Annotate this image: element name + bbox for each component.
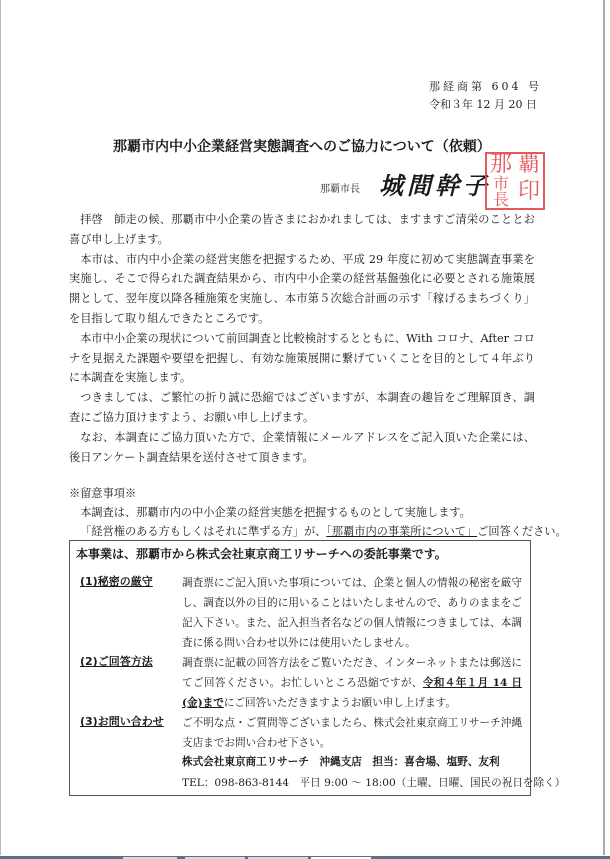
info-text: ご不明な点・ご質問等ございましたら、株式会社東京商工リサーチ沖縄支店までお問い合… bbox=[182, 713, 522, 753]
note-line-1: 本調査は、那覇市内の中小企業の経営実態を把握するものとして実施します。 bbox=[69, 503, 539, 522]
paragraph-greeting: 拝啓 師走の候、那覇市中小企業の皆さまにおかれましては、ますますご清栄のこととお… bbox=[69, 210, 535, 250]
note-line-2-prefix: 「経営権のある方もしくはそれに準ずる方」が、 bbox=[80, 525, 326, 538]
seal-char: 覇 bbox=[515, 154, 543, 176]
note-line-2: 「経営権のある方もしくはそれに準ずる方」が、「那覇市内の事業所について」ご回答く… bbox=[69, 522, 539, 541]
info-text: 調査票に記載の回答方法をご覧いただき、インターネットまたは郵送にてご回答ください… bbox=[182, 653, 522, 713]
sender-signature: 城間幹子 bbox=[379, 166, 491, 201]
paragraph-purpose: 本市中小企業の現状について前回調査と比較検討するとともに、With コロナ、Af… bbox=[69, 329, 535, 388]
paragraph-background: 本市は、市内中小企業の経営実態を把握するため、平成 29 年度に初めて実態調査事… bbox=[69, 250, 535, 329]
seal-char: 印 bbox=[515, 176, 543, 208]
seal-char: 那 bbox=[487, 154, 515, 176]
contact-phone: TEL：098-863-8144 平日 9:00 ～ 18:00（土曜、日曜、国… bbox=[182, 775, 565, 790]
paragraph-results: なお、本調査にご協力頂いた方で、企業情報にメールアドレスをご記入頂いた企業には、… bbox=[69, 428, 535, 468]
info-box-heading: 本事業は、那覇市から株式会社東京商工リサーチへの委託事業です。 bbox=[76, 545, 447, 562]
info-text: 調査票にご記入頂いた事項については、企業と個人の情報の秘密を厳守し、調査以外の目… bbox=[182, 573, 522, 653]
paragraph-request: つきましては、ご繁忙の折り誠に恐縮ではございますが、本調査の趣旨をご理解頂き、調… bbox=[69, 388, 535, 428]
info-item-inquiries: (3)お問い合わせ ご不明な点・ご質問等ございましたら、株式会社東京商工リサーチ… bbox=[80, 713, 526, 757]
info-item-confidentiality: (1)秘密の厳守 調査票にご記入頂いた事項については、企業と個人の情報の秘密を厳… bbox=[80, 573, 526, 663]
commission-info-box: 本事業は、那覇市から株式会社東京商工リサーチへの委託事業です。 (1)秘密の厳守… bbox=[69, 540, 531, 796]
info-text-after: にご回答いただきますようお願い申し上げます。 bbox=[224, 697, 456, 709]
notes-section: 本調査は、那覇市内の中小企業の経営実態を把握するものとして実施します。 「経営権… bbox=[69, 503, 539, 541]
note-line-2-underlined: 「那覇市内の事業所について」 bbox=[326, 525, 477, 538]
note-line-2-suffix: ご回答ください。 bbox=[477, 525, 567, 538]
seal-char: 市長 bbox=[487, 176, 515, 208]
contact-company: 株式会社東京商工リサーチ 沖縄支店 担当：喜舎場、塩野、友利 bbox=[182, 754, 500, 769]
info-item-response-method: (2)ご回答方法 調査票に記載の回答方法をご覧いただき、インターネットまたは郵送… bbox=[80, 653, 526, 717]
notes-heading: ※留意事項※ bbox=[69, 485, 136, 501]
info-label: (3)お問い合わせ bbox=[80, 713, 164, 729]
document-number: 那経商第 604 号 bbox=[429, 78, 542, 94]
sender-position: 那覇市長 bbox=[320, 180, 360, 195]
document-page: 那経商第 604 号 令和３年 12 月 20 日 那覇市内中小企業経営実態調査… bbox=[0, 0, 605, 855]
document-title: 那覇市内中小企業経営実態調査へのご協力について（依頼） bbox=[113, 136, 491, 156]
official-seal-stamp: 那 覇 市長 印 bbox=[485, 152, 545, 210]
info-label: (2)ご回答方法 bbox=[80, 653, 153, 669]
document-date: 令和３年 12 月 20 日 bbox=[429, 96, 537, 112]
letter-body: 拝啓 師走の候、那覇市中小企業の皆さまにおかれましては、ますますご清栄のこととお… bbox=[69, 210, 535, 467]
info-label: (1)秘密の厳守 bbox=[80, 573, 153, 589]
